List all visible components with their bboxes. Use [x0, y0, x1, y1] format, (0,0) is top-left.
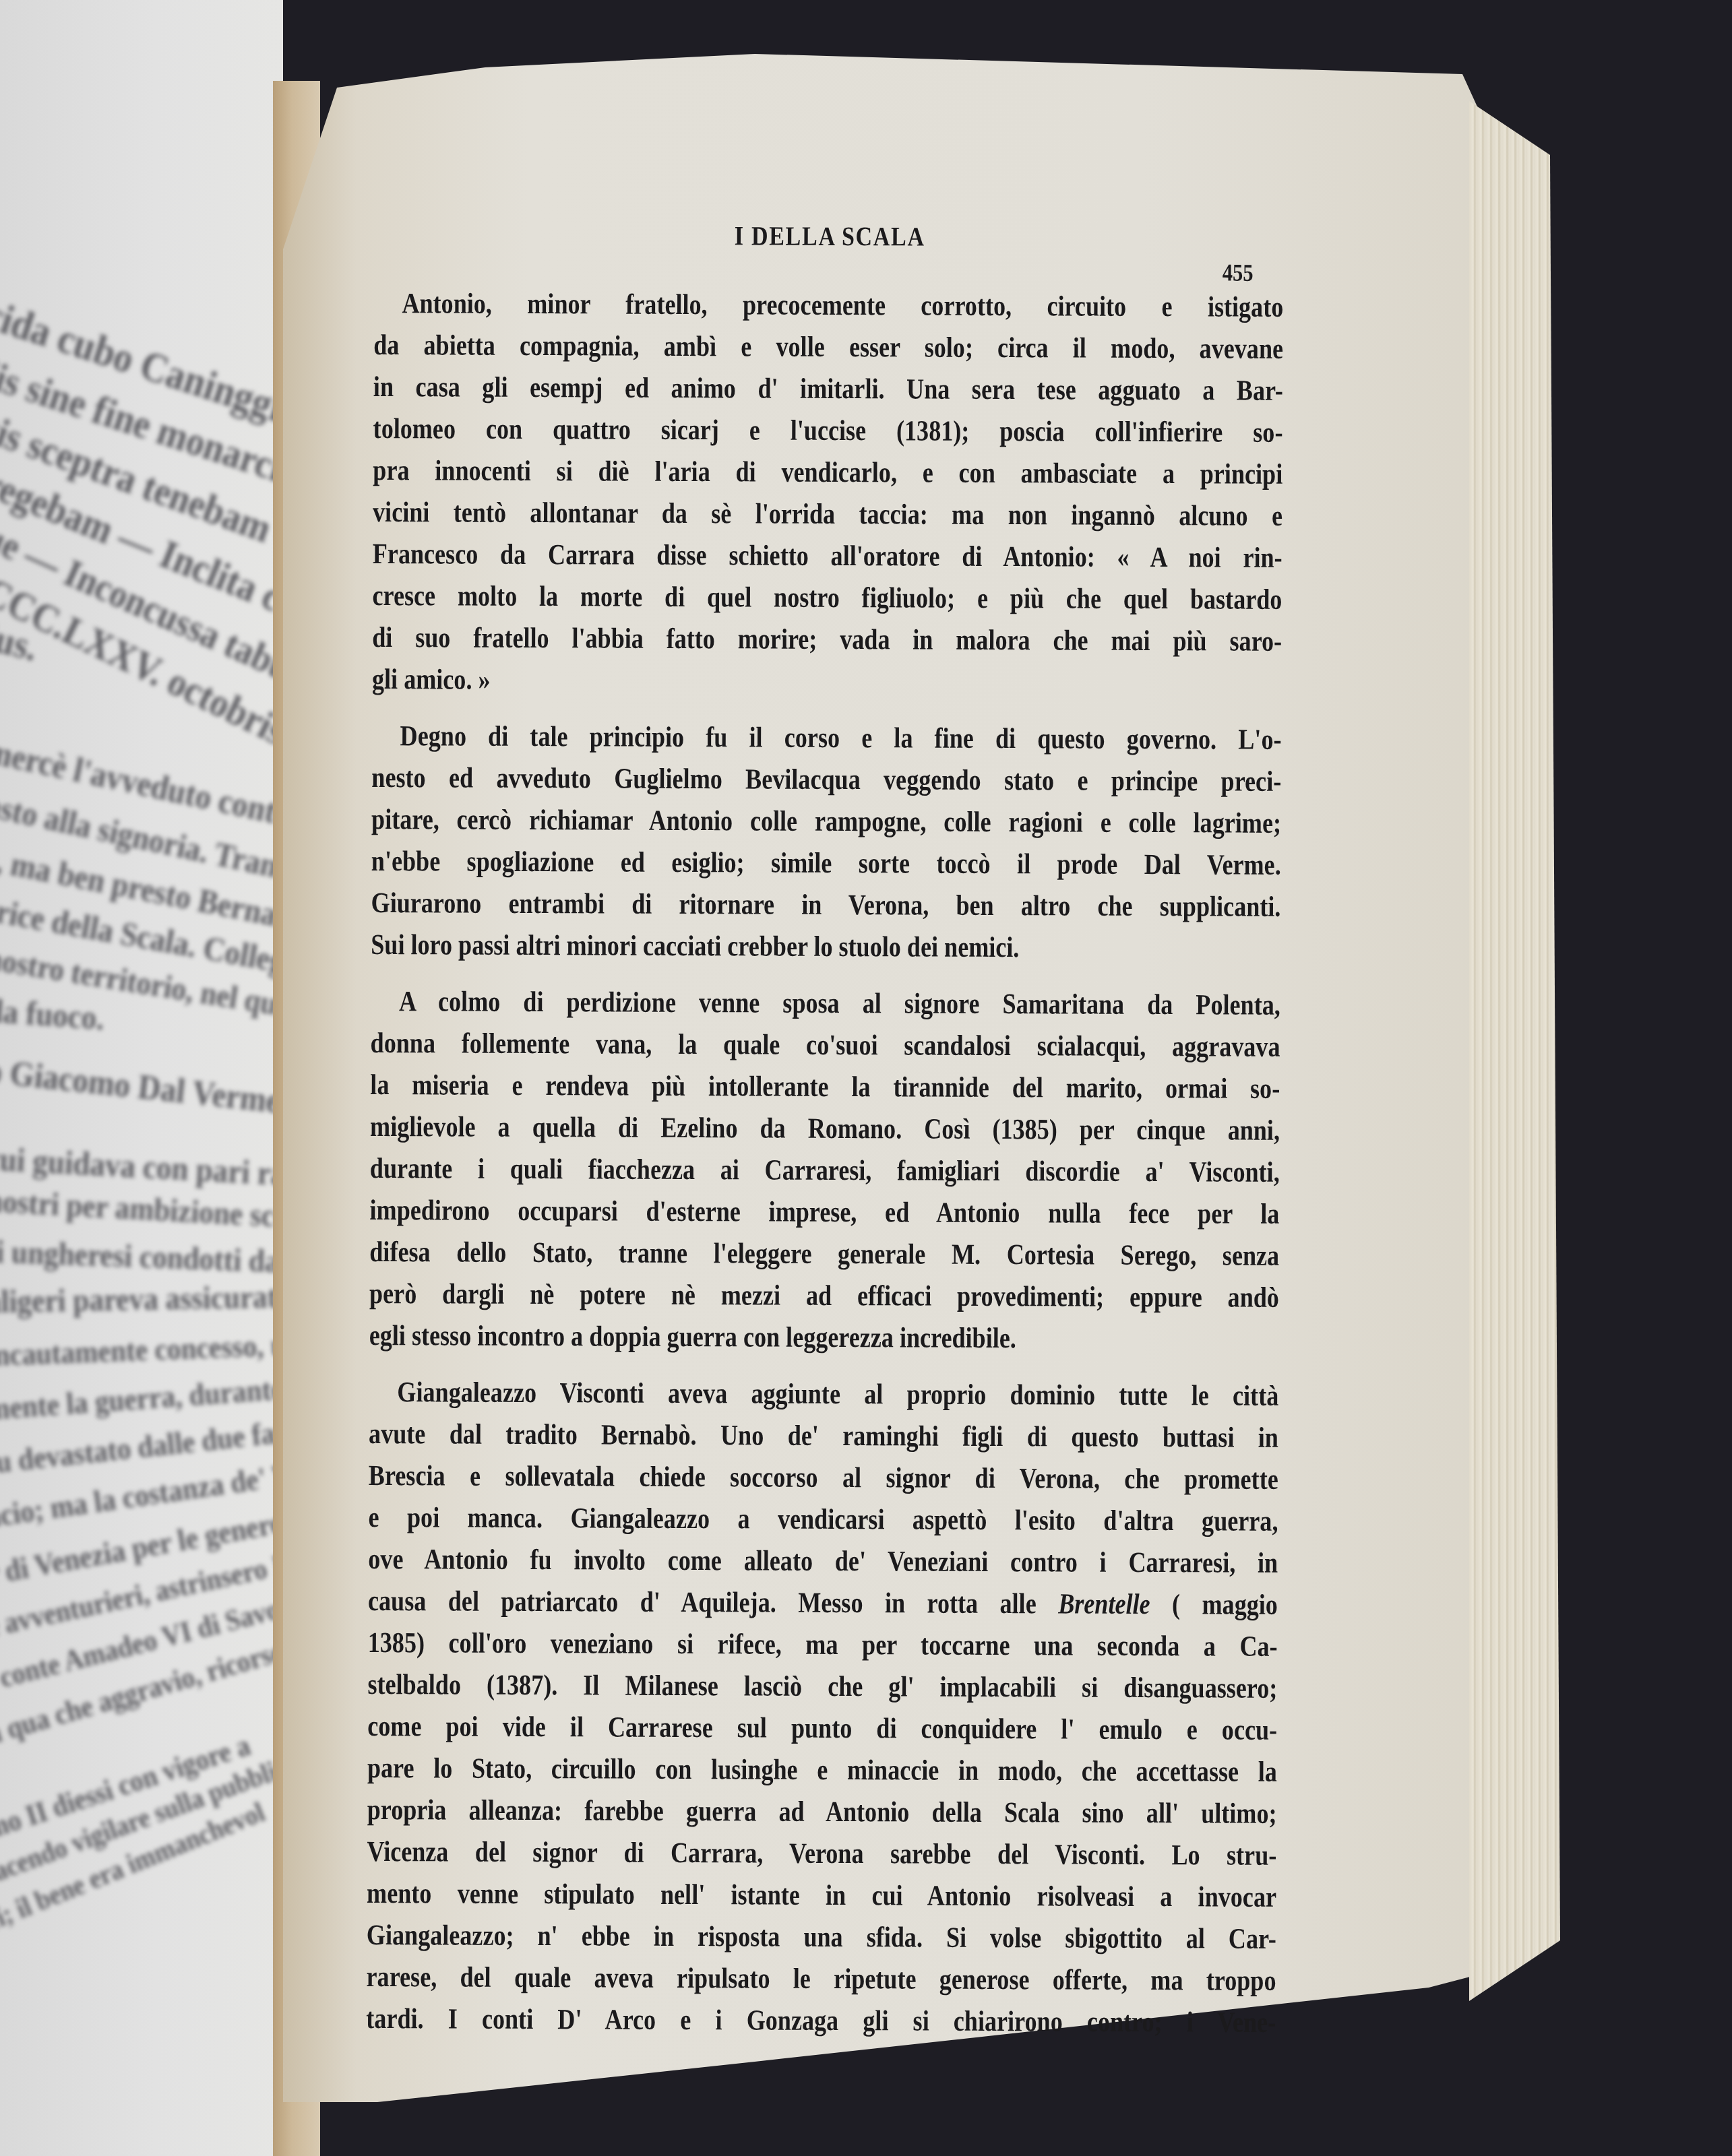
- text-line: però dargli nè potere nè mezzi ad effica…: [369, 1273, 1279, 1319]
- text-line: rarese, del quale aveva ripulsato le rip…: [366, 1957, 1276, 2002]
- text-line: difesa dello Stato, tranne l'eleggere ge…: [369, 1232, 1279, 1277]
- text-line: miglievole a quella di Ezelino da Romano…: [370, 1106, 1280, 1152]
- text-line: cresce molto la morte di quel nostro fig…: [372, 575, 1282, 621]
- page-edges-fore-edge: [1469, 101, 1564, 2001]
- text-line: e poi manca. Giangaleazzo a vendicarsi a…: [368, 1497, 1278, 1543]
- text-line: stelbaldo (1387). Il Milanese lasciò che…: [367, 1664, 1277, 1710]
- text-line: pra innocenti si diè l'aria di vendicarl…: [373, 450, 1282, 496]
- left-page-line: o Giacomo Dal Verme, tenuto: [0, 1051, 283, 1132]
- text-line: tolomeo con quattro sicarj e l'uccise (1…: [373, 408, 1283, 454]
- text-line: causa del patriarcato d' Aquileja. Messo…: [368, 1581, 1278, 1626]
- text-line: Antonio, minor fratello, precocemente co…: [373, 283, 1283, 329]
- text-line: come poi vide il Carrarese sul punto di …: [367, 1706, 1277, 1752]
- text-line: Sui loro passi altri minori cacciati cre…: [371, 924, 1280, 970]
- text-line: in casa gli esempj ed animo d' imitarli.…: [373, 367, 1283, 412]
- text-line: nesto ed avveduto Guglielmo Bevilacqua v…: [371, 757, 1281, 803]
- left-page-line: ti ungheresi condotti dal Visconti: [0, 1233, 283, 1284]
- text-line: propria alleanza: farebbe guerra ad Anto…: [367, 1789, 1277, 1835]
- text-line: pitare, cercò richiamar Antonio colle ra…: [371, 799, 1281, 845]
- text-line: Brescia e sollevatala chiede soccorso al…: [369, 1455, 1278, 1501]
- text-line: durante i quali fiacchezza ai Carraresi,…: [370, 1148, 1280, 1194]
- text-line: n'ebbe spogliazione ed esiglio; simile s…: [371, 841, 1281, 887]
- text-line: Francesco da Carrara disse schietto all'…: [373, 534, 1282, 579]
- text-line: A colmo di perdizione venne sposa al sig…: [371, 981, 1280, 1027]
- text-line: vicini tentò allontanar da sè l'orrida t…: [373, 492, 1282, 538]
- text-line: 1385) coll'oro veneziano si rifece, ma p…: [368, 1622, 1278, 1668]
- running-head: I DELLA SCALA: [735, 220, 925, 252]
- text-line: Giurarono entrambi di ritornare in Veron…: [371, 883, 1280, 928]
- left-facing-page: cida cubo Caninggratilis sine fine monar…: [0, 0, 283, 2156]
- text-line: di suo fratello l'abbia fatto morire; va…: [372, 617, 1282, 663]
- text-line: donna follemente vana, la quale co'suoi …: [371, 1023, 1280, 1069]
- text-line: impedirono occuparsi d'esterne imprese, …: [369, 1190, 1279, 1236]
- text-line: Giangaleazzo; n' ebbe in risposta una sf…: [367, 1915, 1276, 1961]
- italic-place-name: Brentelle: [1058, 1588, 1150, 1620]
- page-number: 455: [1223, 258, 1254, 286]
- text-line: avute dal tradito Bernabò. Uno de' ramin…: [369, 1414, 1278, 1459]
- text-line: Vicenza del signor di Carrara, Verona sa…: [367, 1831, 1276, 1877]
- left-page-line: da fuoco.: [0, 990, 106, 1038]
- text-line: mento venne stipulato nell' istante in c…: [367, 1873, 1276, 1919]
- text-line: da abietta compagnia, ambì e volle esser…: [373, 325, 1283, 371]
- text-line: Degno di tale principio fu il corso e la…: [372, 716, 1282, 761]
- left-page-line: aligeri pareva assicurata. Bernabò: [0, 1276, 283, 1321]
- left-page-line: mente la guerra, durante la quale: [0, 1364, 283, 1427]
- left-page-line: incautamente concesso, usurpò: [0, 1325, 283, 1373]
- text-line: tardi. I conti D' Arco e i Gonzaga gli s…: [366, 1998, 1276, 2044]
- text-line: gli amico. »: [372, 659, 1282, 705]
- text-line: ove Antonio fu involto come alleato de' …: [368, 1539, 1278, 1585]
- body-text: Antonio, minor fratello, precocemente co…: [366, 283, 1283, 2044]
- text-line: egli stesso incontro a doppia guerra con…: [369, 1315, 1279, 1361]
- text-line: pare lo Stato, circuillo con lusinghe e …: [367, 1748, 1277, 1794]
- text-line: Giangaleazzo Visconti aveva aggiunte al …: [369, 1372, 1278, 1418]
- text-line: la miseria e rendeva più intollerante la…: [370, 1065, 1280, 1110]
